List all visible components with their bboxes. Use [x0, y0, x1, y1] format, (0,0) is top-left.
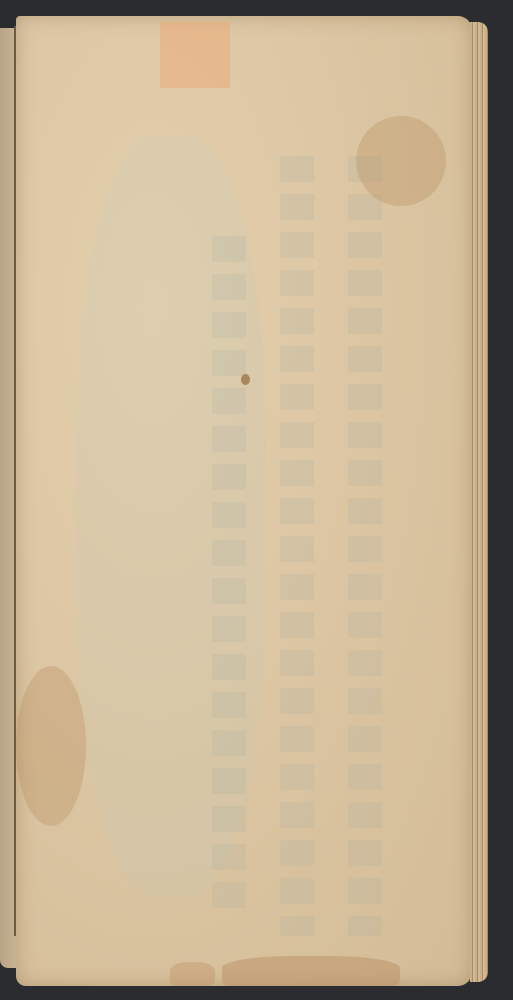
- water-stain: [222, 956, 400, 986]
- show-through-text-column: [280, 156, 314, 936]
- stain: [16, 666, 86, 826]
- ink-spot: [241, 374, 250, 385]
- book-page: [16, 16, 472, 986]
- page-stack-edges: [470, 22, 488, 982]
- faded-seal-stamp: [160, 22, 230, 88]
- show-through-text-column: [212, 236, 246, 916]
- stain: [356, 116, 446, 206]
- spine-gutter: [14, 26, 16, 936]
- water-stain: [170, 962, 215, 986]
- show-through-text-column: [348, 156, 382, 936]
